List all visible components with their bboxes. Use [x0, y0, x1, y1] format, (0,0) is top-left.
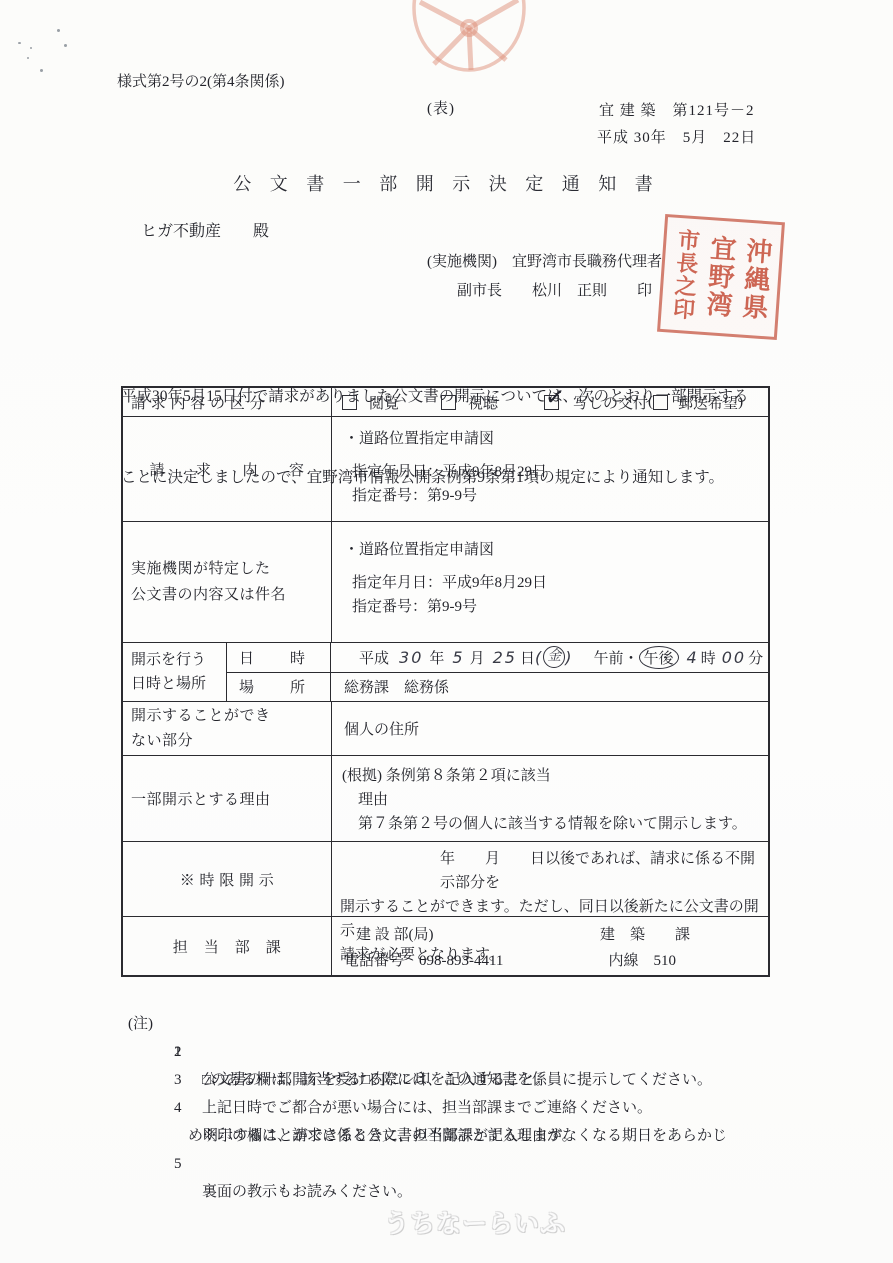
- department-name: 建 設 部(局): [356, 922, 434, 948]
- dt-weekday-circled: 金: [543, 646, 565, 668]
- dt-hour-unit: 時: [701, 647, 716, 668]
- reason-line3: 第７条第２号の個人に該当する情報を除いて開示します。: [358, 812, 768, 836]
- checkbox-icon: [441, 395, 456, 410]
- checkbox-icon: [342, 395, 357, 410]
- place-sublabel: 場 所: [227, 673, 331, 702]
- dt-year-handwritten: 30: [399, 648, 423, 667]
- mayor-seal-stamp: 市長之印 宜野湾 沖縄県: [657, 214, 785, 340]
- scan-speck: [64, 44, 67, 47]
- datetime-subrow: 日 時 平成 30 年 5 月 25 日 ( 金 ) 午前 ・: [227, 643, 768, 673]
- form-code: 様式第2号の2(第4条関係): [117, 72, 285, 94]
- note-item: 3 上記日時でご都合が悪い場合には、担当部課までご連絡ください。: [128, 1038, 788, 1066]
- request-type-options: 閲覧 視聴 ✓ 写しの交付 ( 郵送希望 ): [332, 388, 768, 416]
- request-content-line1: ・道路位置指定申請図: [344, 427, 768, 451]
- dt-paren-close: ): [565, 648, 573, 667]
- datetime-sublabel: 日 時: [227, 643, 331, 672]
- note-item: 4 ※印の欄は、請求に係る公文書の不開示とする理由がなくなる期日をあらかじ: [128, 1066, 788, 1094]
- dt-hour-handwritten: 4: [687, 648, 699, 667]
- specified-doc-label-1: 実施機関が特定した: [131, 556, 323, 582]
- seal-column-left: 市長之印: [671, 228, 699, 321]
- dt-paren-open: (: [535, 648, 543, 667]
- dt-am-label: 午前: [593, 647, 623, 668]
- scan-speck: [57, 29, 60, 32]
- checkbox-icon: [653, 395, 668, 410]
- document-title: 公 文 書 一 部 開 示 決 定 通 知 書: [0, 170, 893, 196]
- request-content-line2: 指定年月日：平成9年8月29日: [352, 460, 768, 484]
- dt-day-handwritten: 25: [493, 648, 517, 667]
- department-row: 担 当 部 課 建 設 部(局) 建 築 課 電話番号 098-893-4411…: [123, 916, 768, 975]
- note-number: 5: [174, 1150, 182, 1178]
- reason-line1: (根拠) 条例第８条第２項に該当: [342, 764, 768, 788]
- option-listen-label: 視聴: [468, 392, 498, 413]
- recipient-name: ヒガ不動産 殿: [141, 220, 269, 243]
- reason-line2: 理由: [358, 788, 768, 812]
- reason-label: 一部開示とする理由: [123, 756, 332, 841]
- nondisclosable-label-2: ない部分: [131, 729, 323, 754]
- side-label: (表): [427, 99, 455, 121]
- specified-doc-line3: 指定番号：第9-9号: [352, 595, 768, 619]
- request-content-label: 請 求 内 容: [123, 417, 332, 521]
- datetime-value: 平成 30 年 5 月 25 日 ( 金 ) 午前 ・ 午後 4: [331, 643, 768, 672]
- receipt-stamp-icon: [408, 0, 530, 78]
- datetime-place-label-2: 日時と場所: [131, 672, 226, 696]
- note-item: 5 裏面の教示もお読みください。: [128, 1122, 788, 1150]
- specified-doc-label-2: 公文書の内容又は件名: [131, 582, 323, 608]
- note-item: (注) 1 □のある欄は、該当する□内にレ印を記入すること。: [128, 982, 788, 1010]
- dt-day-unit: 日: [520, 647, 535, 668]
- nondisclosable-value: 個人の住所: [332, 702, 768, 755]
- scan-speck: [18, 42, 21, 44]
- dt-pm-circled: 午後: [639, 646, 679, 669]
- dt-era: 平成: [359, 647, 389, 668]
- request-content-row: 請 求 内 容 ・道路位置指定申請図 指定年月日：平成9年8月29日 指定番号：…: [123, 416, 768, 521]
- time-limited-disclosure-row: ※ 時 限 開 示 年 月 日以後であれば、請求に係る不開示部分を 開示すること…: [123, 841, 768, 916]
- seal-column-middle: 宜野湾: [703, 234, 735, 320]
- time-limit-line1: 年 月 日以後であれば、請求に係る不開示部分を: [340, 847, 768, 895]
- specified-doc-line1: ・道路位置指定申請図: [344, 538, 768, 562]
- datetime-place-label-1: 開示を行う: [131, 648, 226, 672]
- mail-paren-close: ): [738, 394, 743, 411]
- note-item: 2 公文書の一部開示を受ける際には、この通知書を係員に提示してください。: [128, 1010, 788, 1038]
- nondisclosable-parts-row: 開示することができ ない部分 個人の住所: [123, 701, 768, 755]
- implementing-agency-line: (実施機関) 宜野湾市長職務代理者: [427, 252, 662, 274]
- seal-column-right: 沖縄県: [739, 237, 771, 323]
- doc-date: 平成 30年 5月 22日: [597, 128, 756, 150]
- agency-name: 宜野湾市長職務代理者: [512, 254, 662, 270]
- dt-minute-handwritten: 00: [722, 648, 746, 667]
- option-copy-label: 写しの交付: [573, 392, 648, 413]
- extension-number: 内線 510: [608, 948, 676, 974]
- time-limit-label: ※ 時 限 開 示: [123, 842, 332, 916]
- scanned-document-page: 様式第2号の2(第4条関係) (表) 宜 建 築 第121号－2 平成 30年 …: [0, 0, 893, 1263]
- dt-dot: ・: [623, 647, 638, 668]
- department-label: 担 当 部 課: [123, 917, 332, 975]
- specified-document-row: 実施機関が特定した 公文書の内容又は件名 ・道路位置指定申請図 指定年月日：平成…: [123, 521, 768, 642]
- option-mail-label: 郵送希望: [678, 392, 738, 413]
- nondisclosable-label-1: 開示することができ: [131, 704, 323, 729]
- notes-section: (注) 1 □のある欄は、該当する□内にレ印を記入すること。 2 公文書の一部開…: [128, 982, 788, 1150]
- note-item-continuation: め明示することができるときに、担当部課が記入します。: [128, 1094, 788, 1122]
- signer-line: 副市長 松川 正則 印: [457, 281, 652, 303]
- place-value: 総務課 総務係: [331, 673, 768, 702]
- request-content-line3: 指定番号：第9-9号: [352, 484, 768, 508]
- watermark-logo: うちなーらいふ: [384, 1204, 566, 1240]
- disclosure-datetime-place-row: 開示を行う 日時と場所 日 時 平成 30 年 5 月 25 日 ( 金: [123, 642, 768, 701]
- scan-speck: [27, 57, 29, 59]
- note-text: 裏面の教示もお読みください。: [202, 1178, 412, 1206]
- partial-disclosure-reason-row: 一部開示とする理由 (根拠) 条例第８条第２項に該当 理由 第７条第２号の個人に…: [123, 755, 768, 841]
- option-view-label: 閲覧: [369, 392, 399, 413]
- checkbox-checked-icon: ✓: [544, 395, 559, 410]
- scan-speck: [30, 47, 32, 49]
- dt-year-unit: 年: [429, 647, 444, 668]
- section-name: 建 築 課: [600, 922, 690, 948]
- dt-minute-unit: 分: [748, 647, 763, 668]
- place-subrow: 場 所 総務課 総務係: [227, 673, 768, 702]
- check-mark-icon: ✓: [544, 382, 567, 412]
- phone-number: 電話番号 098-893-4411: [344, 948, 503, 974]
- specified-doc-line2: 指定年月日：平成9年8月29日: [352, 571, 768, 595]
- request-type-label: 請 求 内 容 の 区 分: [123, 388, 332, 416]
- dt-month-handwritten: 5: [452, 648, 464, 667]
- implementing-agency-label: (実施機関): [427, 254, 512, 270]
- disclosure-table: 請 求 内 容 の 区 分 閲覧 視聴 ✓ 写しの交付 ( 郵送希望 ) 請 求…: [121, 386, 770, 977]
- request-type-row: 請 求 内 容 の 区 分 閲覧 視聴 ✓ 写しの交付 ( 郵送希望 ): [123, 388, 768, 416]
- doc-number: 宜 建 築 第121号－2: [599, 101, 755, 123]
- scan-speck: [40, 69, 43, 72]
- dt-month-unit: 月: [470, 647, 485, 668]
